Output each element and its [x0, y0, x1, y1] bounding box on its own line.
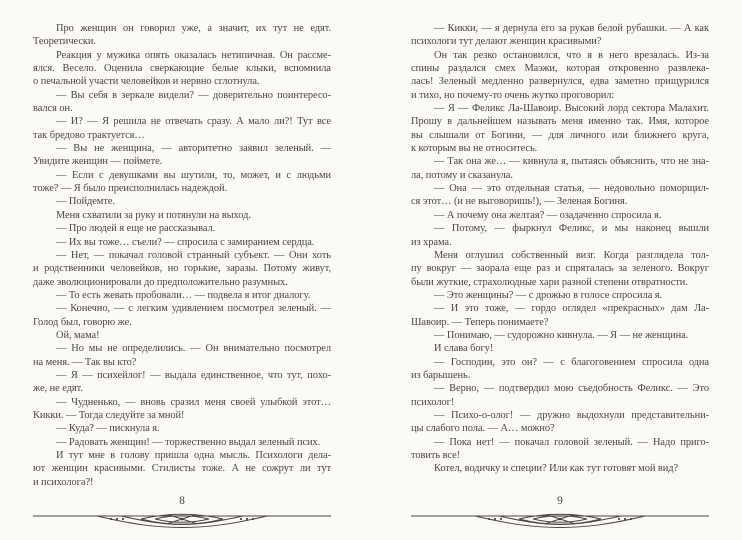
text-line: — Верно, — подтвердил мою съедобность Фе… [411, 382, 709, 395]
text-line: ют женщин красивыми. Стилисты тоже. А не… [33, 462, 331, 475]
text-line: Котел, водичку и специи? Или как тут гот… [411, 462, 709, 475]
text-line: — Понимаю, — судорожно кивнула. — Я — не… [411, 329, 709, 342]
text-line: лась! Зеленый медленно развернулся, едва… [411, 75, 709, 88]
text-line: ла, потому и сказанула. [411, 169, 709, 182]
page-number: 9 [411, 495, 709, 508]
text-line: Ой, мама! [33, 329, 331, 342]
text-line: даже эволюционировали до предположительн… [33, 276, 331, 289]
page-text-block: — Кикки, — я дернула его за рукав белой … [411, 22, 709, 476]
text-line: Он так резко остановился, что я в него в… [411, 49, 709, 62]
text-line: — Куда? — пискнула я. [33, 422, 331, 435]
text-line: — Чудненько, — вновь сразил меня своей у… [33, 396, 331, 409]
page-footer: 8 [33, 495, 331, 535]
text-line: — Радовать женщин! — торжественно выдал … [33, 436, 331, 449]
text-line: к которым вы не относитесь. [411, 142, 709, 155]
text-line: о печальной участи человейков и нервно с… [33, 75, 331, 88]
footer-ornament-divider [33, 508, 331, 534]
text-line: вался он. [33, 102, 331, 115]
text-line: — Вы себя в зеркале видели? — доверитель… [33, 89, 331, 102]
text-line: — А почему она желтая? — озадаченно спро… [411, 209, 709, 222]
text-line: — Конечно, — с легким удивлением посмотр… [33, 302, 331, 315]
text-line: психологи тут делают женщин красивыми? [411, 35, 709, 48]
text-line: — Но мы не определились. — Он внимательн… [33, 342, 331, 355]
text-line: на меня. — Так вы кто? [33, 356, 331, 369]
text-line: Меня оглушил собственный визг. Когда раз… [411, 249, 709, 262]
text-line: — Так она же… — кивнула я, пытаясь объяс… [411, 155, 709, 168]
text-line: так бредово трактуется… [33, 129, 331, 142]
text-line: — То есть жевать пробовали… — подвела я … [33, 289, 331, 302]
text-line: товить все! [411, 449, 709, 462]
text-line: — Их вы тоже… съели? — спросила с замира… [33, 236, 331, 249]
text-line: — Она — это отдельная статья, — недоволь… [411, 182, 709, 195]
page-footer: 9 [411, 495, 709, 535]
text-line: — Если с девушками вы шутили, то, может,… [33, 169, 331, 182]
page-right: — Кикки, — я дернула его за рукав белой … [411, 0, 709, 540]
text-line: вы слышали от Богини, — для личного или … [411, 129, 709, 142]
text-line: — Пойдемте. [33, 195, 331, 208]
text-line: Кикки. — Тогда следуйте за мной! [33, 409, 331, 422]
text-line: из храма. [411, 236, 709, 249]
text-line: Про женщин он говорил уже, а значит, их … [33, 22, 331, 35]
text-line: и тихо, но почему-то очень жутко прогово… [411, 89, 709, 102]
page-text-block: Про женщин он говорил уже, а значит, их … [33, 22, 331, 489]
text-line: — Господин, это он? — с благоговением сп… [411, 356, 709, 369]
text-line: и психолога?! [33, 476, 331, 489]
text-line: Голод был, говорю же. [33, 316, 331, 329]
text-line: — Вы не женщина, — авторитетно заявил зе… [33, 142, 331, 155]
text-line: ялся. Весело. Оценила сверкающие белые к… [33, 62, 331, 75]
text-line: пу вокруг — заорала еще раз и спряталась… [411, 262, 709, 275]
text-line: же, не едят. [33, 382, 331, 395]
text-line: из барышень. [411, 369, 709, 382]
text-line: Шавоир. — Теперь понимаете? [411, 316, 709, 329]
text-line: — Психо-о-олог! — дружно выдохнули предс… [411, 409, 709, 422]
text-line: — Потому, — фыркнул Феликс, и мы наконец… [411, 222, 709, 235]
text-line: — Нет, — покачал головой странный субъек… [33, 249, 331, 262]
text-line: — Я — Феликс Ла-Шавоир. Высокий лорд сек… [411, 102, 709, 115]
text-line: — Пока нет! — покачал головой зеленый. —… [411, 436, 709, 449]
text-line: — Я — психейлог! — выдала единственное, … [33, 369, 331, 382]
text-line: и родственники человейков, но горькие, з… [33, 262, 331, 275]
text-line: Теоретически. [33, 35, 331, 48]
footer-ornament-divider [411, 508, 709, 534]
text-line: спины раздался смех Маэжи, которая откро… [411, 62, 709, 75]
text-line: — И это тоже, — гордо оглядел «прекрасны… [411, 302, 709, 315]
page-number: 8 [33, 495, 331, 508]
text-line: ся этот… (и не выговоришь!), — Зеленая Б… [411, 195, 709, 208]
text-line: Прошу в дальнейшем называть меня именно … [411, 115, 709, 128]
text-line: Реакция у мужика опять оказалась нетипич… [33, 49, 331, 62]
text-line: — Это женщины? — с дрожью в голосе спрос… [411, 289, 709, 302]
text-line: Увидите женщин — поймете. [33, 155, 331, 168]
text-line: И тут мне в голову пришла одна мысль. Пс… [33, 449, 331, 462]
text-line: Меня схватили за руку и потянули на выхо… [33, 209, 331, 222]
text-line: были жуткие, страхолюдные хари разной ст… [411, 276, 709, 289]
text-line: цы слабого пола. — А… можно? [411, 422, 709, 435]
text-line: психолог! [411, 396, 709, 409]
page-left: Про женщин он говорил уже, а значит, их … [33, 0, 331, 540]
text-line: И слава богу! [411, 342, 709, 355]
text-line: тоже? — Я было преисполнилась надеждой. [33, 182, 331, 195]
text-line: — Кикки, — я дернула его за рукав белой … [411, 22, 709, 35]
text-line: — Про людей я еще не рассказывал. [33, 222, 331, 235]
text-line: — И? — Я решила не отвечать сразу. А мал… [33, 115, 331, 128]
